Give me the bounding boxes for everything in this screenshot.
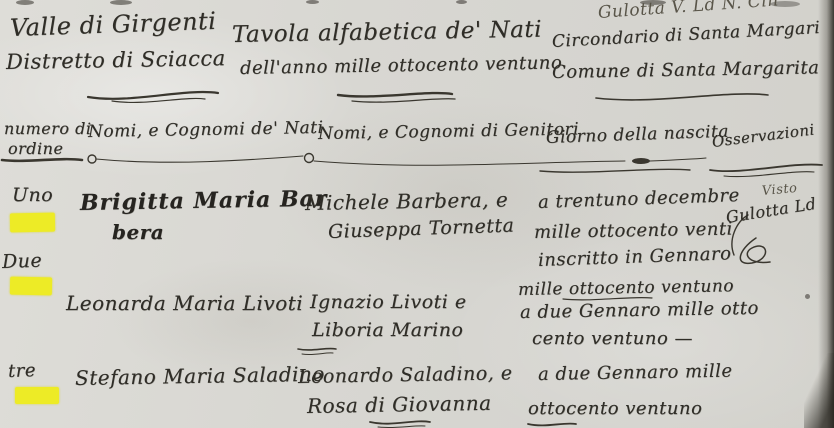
- flourish-sciacca: [88, 92, 218, 99]
- row3-genitori-line2: Rosa di Giovanna: [307, 391, 492, 418]
- page-title-line-1: Tavola alfabetica de' Nati: [232, 17, 542, 48]
- row2-data-line2: cento ventuno —: [532, 328, 693, 349]
- signature-paraph: [740, 238, 770, 263]
- col-header-nati: Nomi, e Cognomi de' Nati: [88, 118, 324, 142]
- flourish-liboria-2: [302, 353, 333, 355]
- flourish-title: [338, 93, 452, 96]
- rule-loop-left: [88, 155, 96, 163]
- rule-blob: [632, 158, 650, 164]
- col-header-numero-1: numero di: [4, 119, 91, 138]
- row1-data-line4: mille ottocento ventuno: [518, 276, 734, 300]
- header-rule-3: [650, 158, 706, 161]
- row2-genitori-line1: Ignazio Livoti e: [310, 291, 467, 313]
- row2-ordine: Due: [2, 250, 43, 273]
- flourish-liboria: [298, 349, 336, 350]
- row3-ordine: tre: [8, 360, 37, 382]
- row2-nato-line1: Leonarda Maria Livoti: [66, 291, 303, 315]
- underline-ordine: [2, 159, 82, 161]
- flourish-giovanna-2: [378, 426, 425, 428]
- row2-genitori-line2: Liboria Marino: [312, 319, 463, 341]
- header-rule-1: [96, 156, 303, 162]
- underline-giorno: [540, 169, 690, 172]
- flourish-row3-date: [528, 424, 576, 426]
- flourish-comune: [596, 94, 768, 100]
- row3-genitori-line1: Leonardo Saladino, e: [298, 362, 513, 388]
- row1-nato-line2: bera: [112, 220, 164, 244]
- row1-data-line2: mille ottocento venti: [534, 219, 733, 243]
- row3-nato-line1: Stefano Maria Saladino: [75, 362, 325, 390]
- underline-osservazioni: [710, 165, 822, 172]
- row1-ordine: Uno: [12, 184, 53, 206]
- flourish-title-2: [352, 99, 455, 102]
- underline-osservazioni-2: [724, 172, 814, 177]
- row3-data-line2: ottocento ventuno: [528, 398, 702, 419]
- row3-data-line1: a due Gennaro mille: [538, 361, 733, 385]
- row1-nato-line1: Brigitta Maria Bar: [80, 186, 328, 216]
- scanned-register-page: Valle di Girgenti Distretto di Sciacca T…: [0, 0, 834, 428]
- row2-data-line1: a due Gennaro mille otto: [520, 298, 759, 323]
- col-header-numero-2: ordine: [8, 139, 63, 158]
- rule-loop-mid: [305, 154, 314, 163]
- row1-genitori-line1: Michele Barbera, e: [305, 187, 509, 215]
- province-line-2: Distretto di Sciacca: [6, 46, 226, 74]
- flourish-giovanna: [370, 421, 430, 423]
- header-rule-2: [314, 161, 625, 165]
